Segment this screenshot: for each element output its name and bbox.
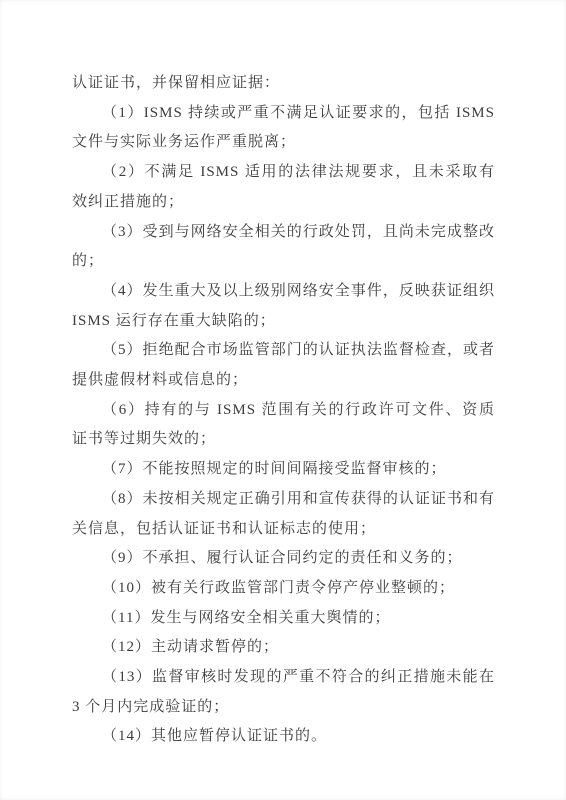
list-item-6: （6）持有的与 ISMS 范围有关的行政许可文件、资质证书等过期失效的； <box>72 396 495 455</box>
list-item-3: （3）受到与网络安全相关的行政处罚，且尚未完成整改的； <box>72 218 495 277</box>
list-item-14: （14）其他应暂停认证证书的。 <box>72 722 495 752</box>
list-item-4: （4）发生重大及以上级别网络安全事件，反映获证组织 ISMS 运行存在重大缺陷的… <box>72 277 495 336</box>
list-item-1: （1）ISMS 持续或严重不满足认证要求的，包括 ISMS 文件与实际业务运作严… <box>72 99 495 158</box>
document-page: 认证证书，并保留相应证据： （1）ISMS 持续或严重不满足认证要求的，包括 I… <box>0 0 566 800</box>
list-item-13: （13）监督审核时发现的严重不符合的纠正措施未能在 3 个月内完成验证的； <box>72 663 495 722</box>
list-item-8: （8）未按相关规定正确引用和宣传获得的认证证书和有关信息，包括认证证书和认证标志… <box>72 485 495 544</box>
intro-paragraph: 认证证书，并保留相应证据： <box>72 69 495 99</box>
list-item-12: （12）主动请求暂停的； <box>72 633 495 663</box>
list-item-2: （2）不满足 ISMS 适用的法律法规要求，且未采取有效纠正措施的； <box>72 158 495 217</box>
list-item-9: （9）不承担、履行认证合同约定的责任和义务的； <box>72 544 495 574</box>
list-item-10: （10）被有关行政监管部门责令停产停业整顿的； <box>72 574 495 604</box>
document-content: 认证证书，并保留相应证据： （1）ISMS 持续或严重不满足认证要求的，包括 I… <box>72 69 495 752</box>
list-item-11: （11）发生与网络安全相关重大舆情的； <box>72 604 495 634</box>
list-item-5: （5）拒绝配合市场监管部门的认证执法监督检查，或者提供虚假材料或信息的； <box>72 336 495 395</box>
list-item-7: （7）不能按照规定的时间间隔接受监督审核的； <box>72 455 495 485</box>
